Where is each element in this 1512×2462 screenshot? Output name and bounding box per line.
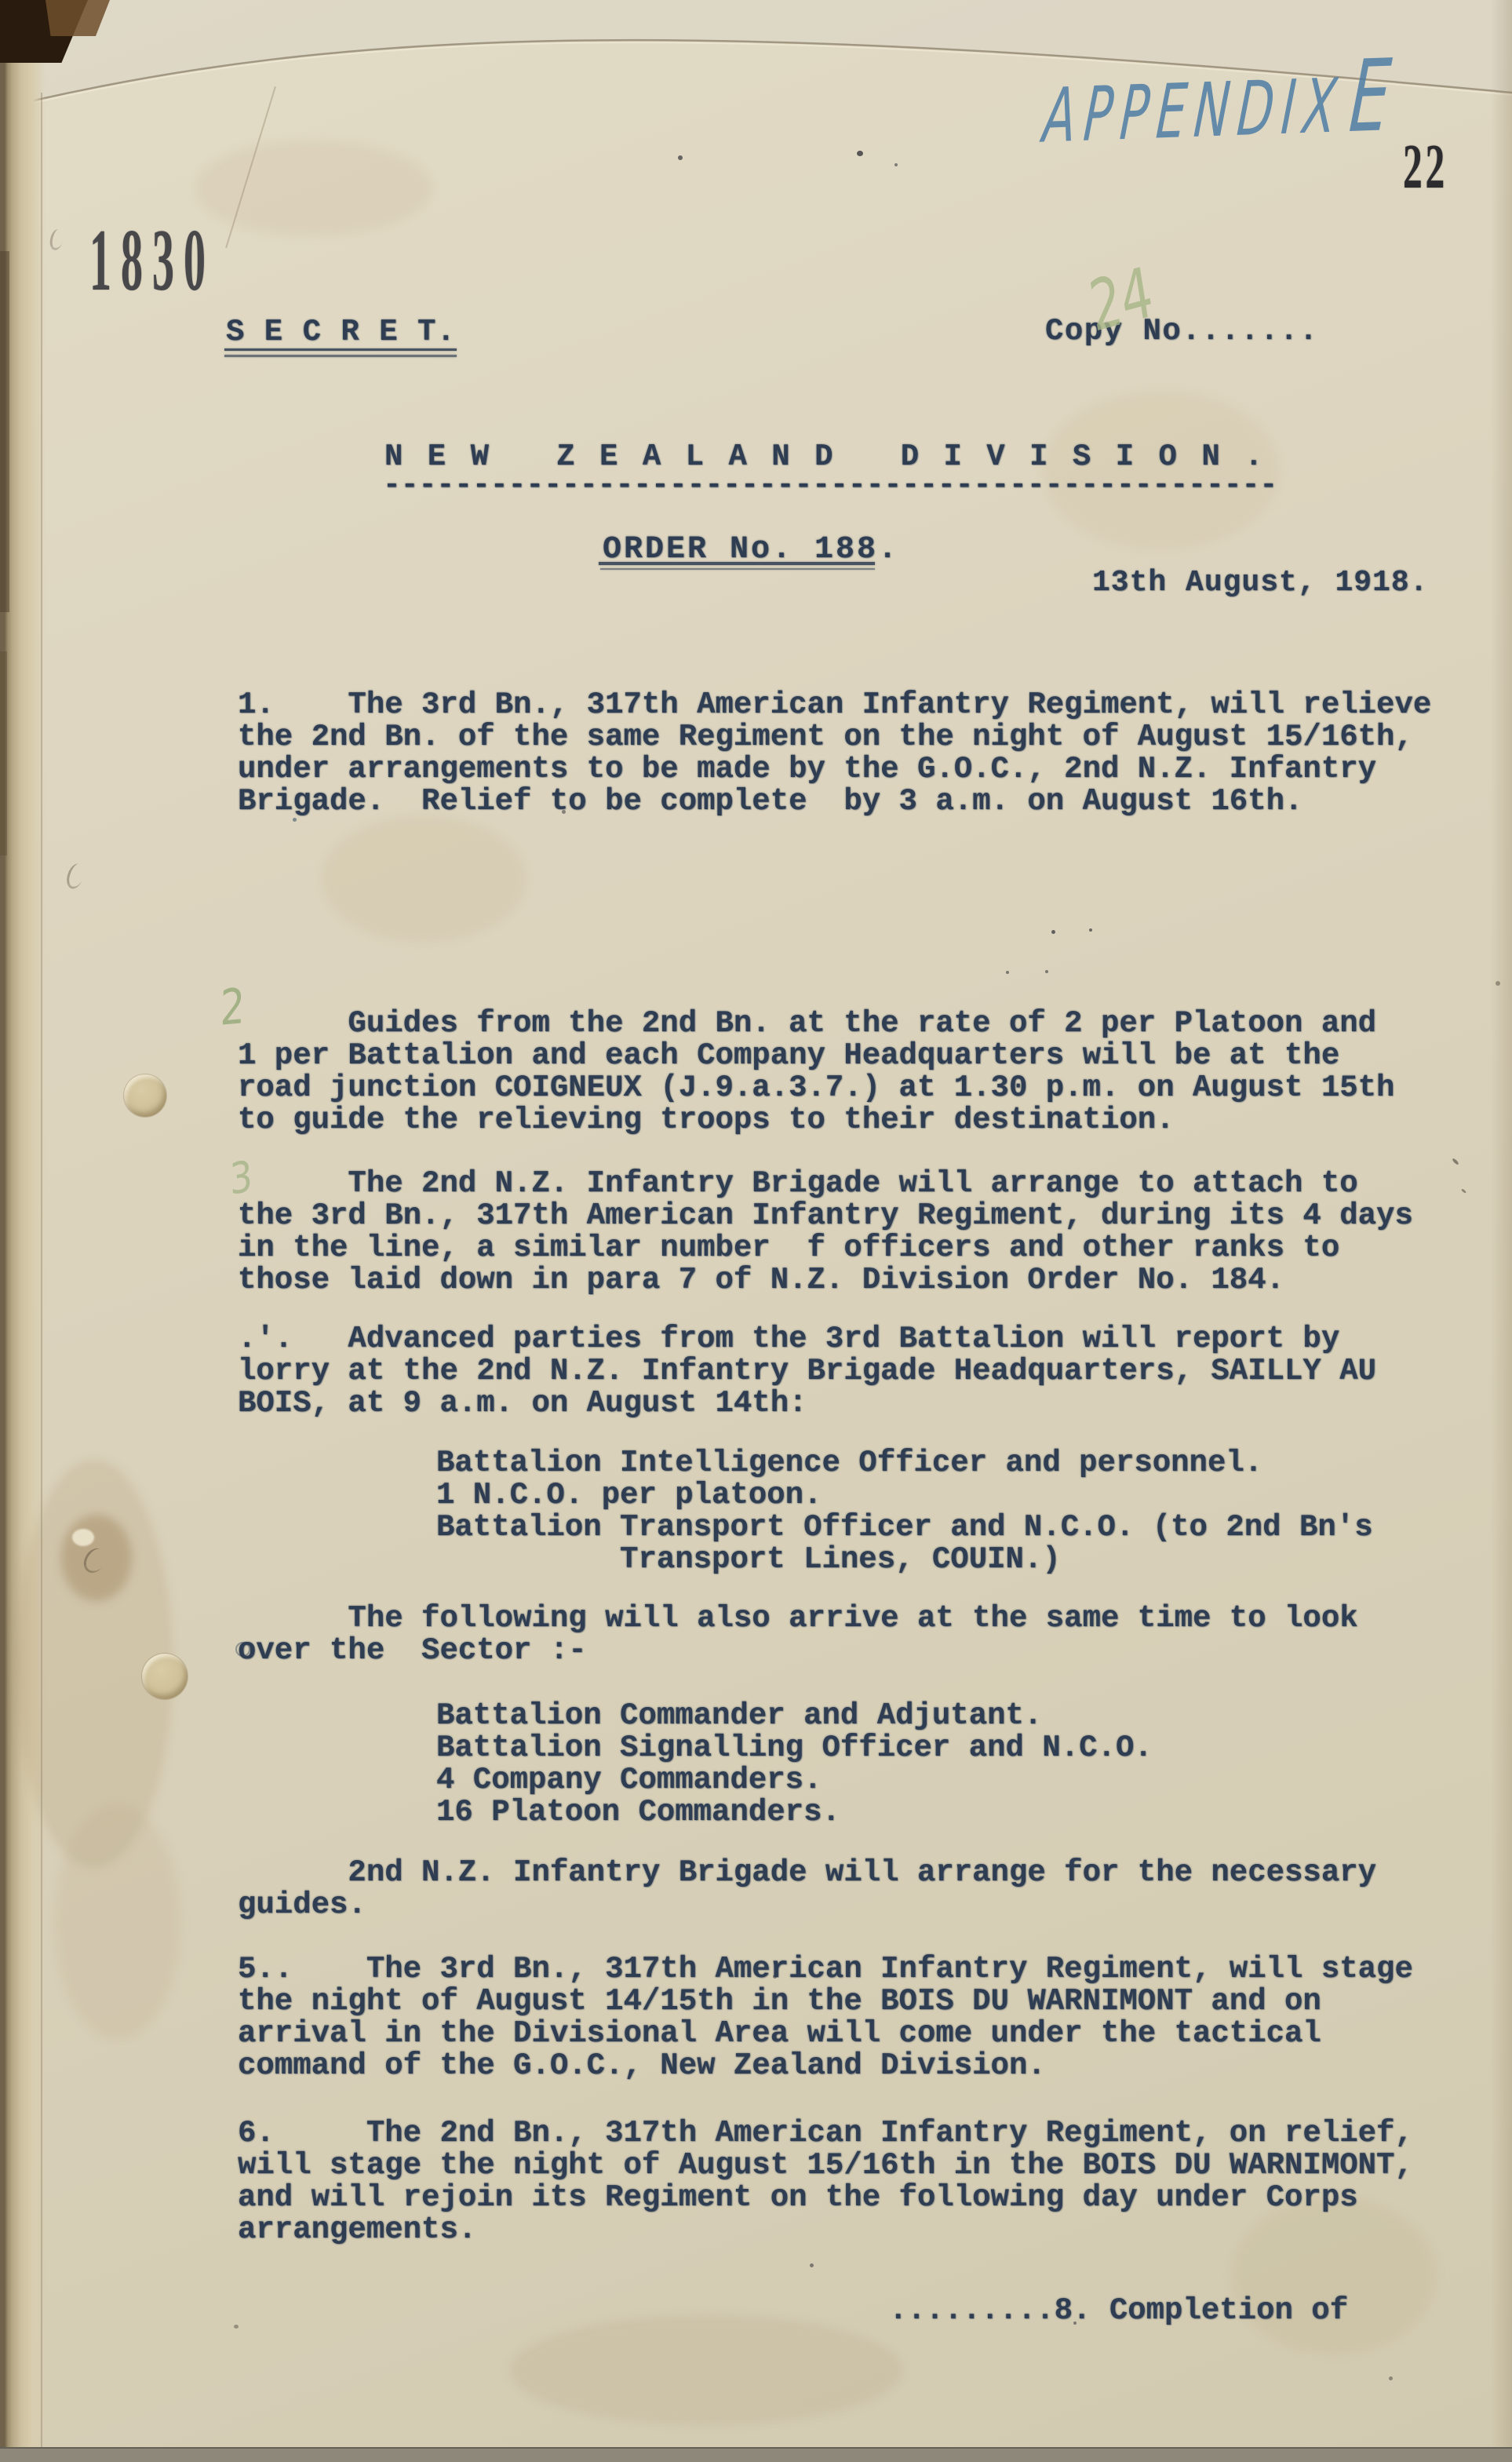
ink-hook-mark — [64, 862, 86, 892]
file-number-stamp: 1830 — [89, 210, 215, 312]
order-underline — [599, 562, 875, 565]
ink-speck — [234, 2325, 239, 2329]
ink-speck — [678, 155, 683, 160]
ink-speck — [810, 2263, 814, 2267]
ink-speck — [1461, 1188, 1466, 1194]
appendix-word: APPENDIX — [1035, 63, 1351, 160]
order-underline — [600, 568, 875, 570]
paper-edge-sliver — [0, 251, 9, 612]
scanned-document-page: 1830 APPENDIXE 22 S E C R E T. Copy No..… — [0, 0, 1512, 2462]
paragraph-3: The 2nd N.Z. Infantry Brigade will arran… — [238, 1168, 1413, 1297]
ink-speck — [1051, 930, 1055, 934]
stain — [322, 816, 526, 942]
ink-speck — [857, 151, 863, 156]
division-rule: ----------------------------------------… — [383, 469, 1281, 502]
ink-speck — [1045, 970, 1048, 973]
date-line: 13th August, 1918. — [1092, 567, 1428, 599]
classification-label: S E C R E T. — [226, 316, 456, 348]
paper-dent-highlight — [72, 1529, 94, 1546]
ink-speck — [1452, 1158, 1459, 1165]
order-title: ORDER No. 188. — [603, 534, 899, 566]
appendix-annotation: APPENDIXE — [1034, 37, 1408, 166]
ink-hook-mark — [48, 228, 64, 252]
paragraph-5: 5.. The 3rd Bn., 317th American Infantry… — [238, 1953, 1413, 2082]
ink-speck — [1089, 928, 1092, 932]
stain — [55, 1805, 180, 2041]
ink-speck — [1389, 2376, 1393, 2380]
guides-paragraph: 2nd N.Z. Infantry Brigade will arrange f… — [238, 1857, 1376, 1921]
copy-number-annotation: 24 — [1084, 251, 1158, 348]
sector-party-list: Battalion Commander and Adjutant. Battal… — [436, 1700, 1153, 1829]
ink-speck — [894, 163, 898, 166]
paragraph-4: .'. Advanced parties from the 3rd Battal… — [238, 1323, 1376, 1420]
paragraph-6: 6. The 2nd Bn., 317th American Infantry … — [238, 2117, 1413, 2246]
stain — [196, 141, 432, 235]
punch-hole-bottom — [142, 1654, 188, 1699]
ink-speck — [1006, 971, 1009, 974]
following-paragraph: The following will also arrive at the sa… — [238, 1603, 1358, 1667]
page-number-stamp: 22 — [1403, 132, 1448, 203]
paper-edge-right — [1490, 0, 1512, 2462]
paragraph-2: Guides from the 2nd Bn. at the rate of 2… — [238, 1008, 1394, 1136]
scanner-bed-bottom — [0, 2447, 1512, 2462]
catchword-line: .........8. Completion of — [889, 2295, 1348, 2327]
punch-hole-top — [124, 1074, 166, 1117]
paragraph-1: 1. The 3rd Bn., 317th American Infantry … — [238, 689, 1431, 818]
copy-no-label: Copy No....... — [1045, 316, 1319, 348]
paper-edge-sliver — [0, 651, 7, 855]
classification-underline — [224, 348, 457, 351]
division-title: N E W Z E A L A N D D I V I S I O N . — [384, 441, 1266, 473]
ink-speck — [1496, 981, 1500, 986]
stain — [510, 2315, 902, 2425]
paper-edge-line — [41, 93, 42, 2462]
classification-underline — [224, 355, 457, 357]
advance-party-list: Battalion Intelligence Officer and perso… — [436, 1447, 1373, 1576]
